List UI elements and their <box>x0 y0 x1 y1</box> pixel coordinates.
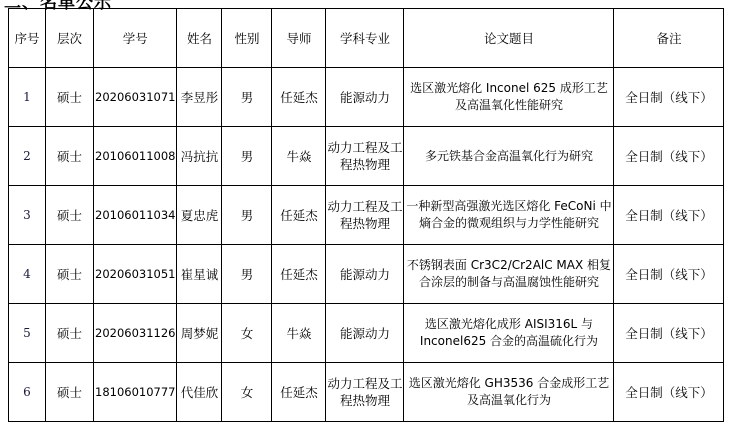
table-row: 3 硕士 20106011034 夏忠虎 男 任延杰 动力工程及工程热物理 一种… <box>9 186 724 245</box>
cell-thesis: 不锈钢表面 Cr3C2/Cr2AlC MAX 相复合涂层的制备与高温腐蚀性能研究 <box>404 245 614 304</box>
cell-name: 夏忠虎 <box>177 186 222 245</box>
cell-no: 5 <box>9 304 46 363</box>
cell-major: 能源动力 <box>326 68 404 127</box>
header-student-id: 学号 <box>94 9 177 68</box>
cell-no: 2 <box>9 127 46 186</box>
cell-thesis: 选区激光熔化成形 AISI316L 与 Inconel625 合金的高温硫化行为 <box>404 304 614 363</box>
cell-note: 全日制（线下） <box>614 68 724 127</box>
cell-advisor: 任延杰 <box>272 363 326 422</box>
cell-gender: 女 <box>222 363 272 422</box>
cell-no: 6 <box>9 363 46 422</box>
header-name: 姓名 <box>177 9 222 68</box>
cell-name: 崔星诚 <box>177 245 222 304</box>
table-row: 1 硕士 20206031071 李昱彤 男 任延杰 能源动力 选区激光熔化 I… <box>9 68 724 127</box>
cell-major: 动力工程及工程热物理 <box>326 186 404 245</box>
cell-advisor: 牛焱 <box>272 304 326 363</box>
cell-advisor: 任延杰 <box>272 245 326 304</box>
cell-note: 全日制（线下） <box>614 127 724 186</box>
table-row: 6 硕士 18106010777 代佳欣 女 任延杰 动力工程及工程热物理 选区… <box>9 363 724 422</box>
cell-gender: 男 <box>222 186 272 245</box>
cell-level: 硕士 <box>46 186 94 245</box>
cell-gender: 男 <box>222 245 272 304</box>
cell-name: 周梦妮 <box>177 304 222 363</box>
cell-student-id: 18106010777 <box>94 363 177 422</box>
cell-major: 能源动力 <box>326 304 404 363</box>
header-thesis: 论文题目 <box>404 9 614 68</box>
cell-gender: 女 <box>222 304 272 363</box>
cell-student-id: 20206031051 <box>94 245 177 304</box>
header-row: 序号 层次 学号 姓名 性别 导师 学科专业 论文题目 备注 <box>9 9 724 68</box>
cell-student-id: 20206031126 <box>94 304 177 363</box>
table-row: 4 硕士 20206031051 崔星诚 男 任延杰 能源动力 不锈钢表面 Cr… <box>9 245 724 304</box>
cell-note: 全日制（线下） <box>614 186 724 245</box>
table-row: 5 硕士 20206031126 周梦妮 女 牛焱 能源动力 选区激光熔化成形 … <box>9 304 724 363</box>
cell-gender: 男 <box>222 68 272 127</box>
table-row: 2 硕士 20106011008 冯抗抗 男 牛焱 动力工程及工程热物理 多元铁… <box>9 127 724 186</box>
cell-advisor: 任延杰 <box>272 186 326 245</box>
cell-thesis: 一种新型高强激光选区熔化 FeCoNi 中熵合金的微观组织与力学性能研究 <box>404 186 614 245</box>
cell-no: 1 <box>9 68 46 127</box>
cell-major: 动力工程及工程热物理 <box>326 363 404 422</box>
cell-thesis: 选区激光熔化 Inconel 625 成形工艺及高温氧化性能研究 <box>404 68 614 127</box>
header-note: 备注 <box>614 9 724 68</box>
cell-level: 硕士 <box>46 363 94 422</box>
cell-advisor: 牛焱 <box>272 127 326 186</box>
cell-no: 4 <box>9 245 46 304</box>
cell-thesis: 选区激光熔化 GH3536 合金成形工艺及高温氧化行为 <box>404 363 614 422</box>
cell-student-id: 20106011008 <box>94 127 177 186</box>
header-major: 学科专业 <box>326 9 404 68</box>
cell-major: 动力工程及工程热物理 <box>326 127 404 186</box>
cell-name: 冯抗抗 <box>177 127 222 186</box>
header-advisor: 导师 <box>272 9 326 68</box>
header-gender: 性别 <box>222 9 272 68</box>
defense-list-table: 序号 层次 学号 姓名 性别 导师 学科专业 论文题目 备注 1 硕士 2020… <box>8 8 724 422</box>
cell-thesis: 多元铁基合金高温氧化行为研究 <box>404 127 614 186</box>
cell-major: 能源动力 <box>326 245 404 304</box>
header-no: 序号 <box>9 9 46 68</box>
cell-note: 全日制（线下） <box>614 304 724 363</box>
header-level: 层次 <box>46 9 94 68</box>
cell-student-id: 20206031071 <box>94 68 177 127</box>
cell-note: 全日制（线下） <box>614 363 724 422</box>
cell-student-id: 20106011034 <box>94 186 177 245</box>
cell-note: 全日制（线下） <box>614 245 724 304</box>
cell-level: 硕士 <box>46 304 94 363</box>
cell-gender: 男 <box>222 127 272 186</box>
cell-level: 硕士 <box>46 245 94 304</box>
cell-level: 硕士 <box>46 127 94 186</box>
cell-no: 3 <box>9 186 46 245</box>
cell-advisor: 任延杰 <box>272 68 326 127</box>
cell-level: 硕士 <box>46 68 94 127</box>
cell-name: 代佳欣 <box>177 363 222 422</box>
cell-name: 李昱彤 <box>177 68 222 127</box>
